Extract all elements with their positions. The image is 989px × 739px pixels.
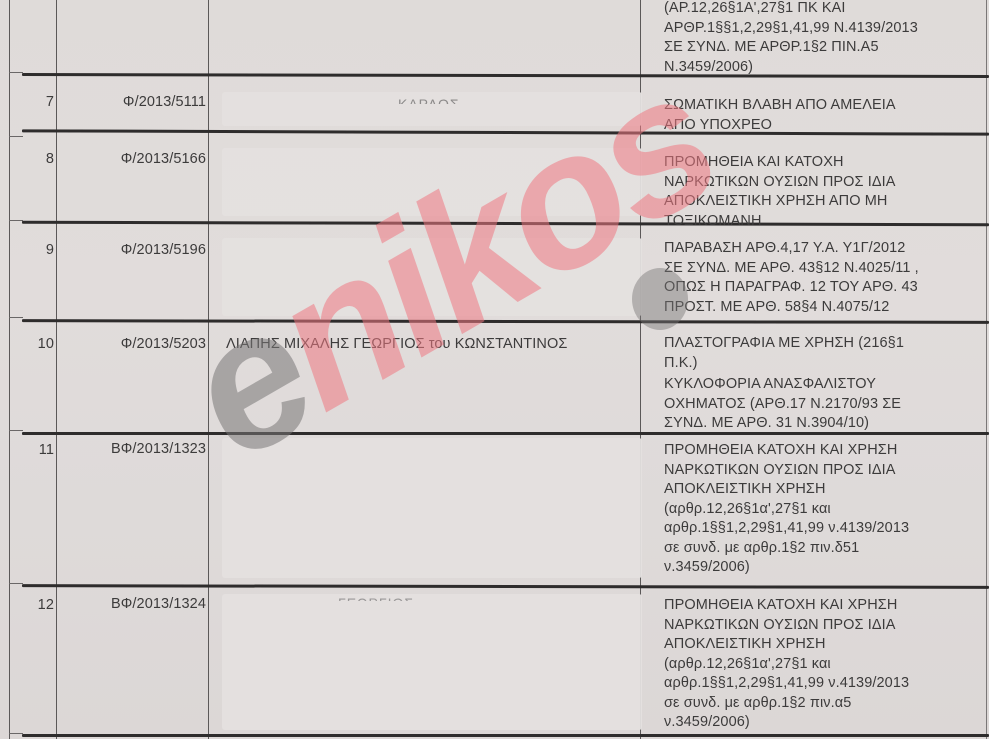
row-divider-thin	[9, 136, 23, 137]
row-divider-thin	[9, 583, 23, 584]
table-border-right	[986, 0, 987, 739]
case-reference: Φ/2013/5203	[60, 335, 206, 355]
row-divider-thin	[9, 317, 23, 318]
row-divider-thin	[9, 220, 23, 221]
column-divider-reference	[208, 0, 209, 739]
redacted-name	[222, 438, 642, 578]
offense-description-secondary: ΚΥΚΛΟΦΟΡΙΑ ΑΝΑΣΦΑΛΙΣΤΟΥ ΟΧΗΜΑΤΟΣ (ΑΡΘ.17…	[664, 375, 984, 434]
offense-description: ΠΡΟΜΗΘΕΙΑ ΚΑΙ ΚΑΤΟΧΗ ΝΑΡΚΩΤΙΚΩΝ ΟΥΣΙΩΝ Π…	[664, 153, 984, 231]
case-reference: Φ/2013/5166	[60, 150, 206, 170]
document-page: (ΑΡ.12,26§1Α',27§1 ΠΚ ΚΑΙ ΑΡΘΡ.1§§1,2,29…	[0, 0, 989, 739]
row-divider-thin	[9, 733, 23, 734]
offense-description: ΠΑΡΑΒΑΣΗ ΑΡΘ.4,17 Υ.Α. Υ1Γ/2012 ΣΕ ΣΥΝΔ.…	[664, 239, 984, 317]
case-reference: ΒΦ/2013/1323	[60, 440, 206, 460]
offense-description: ΠΡΟΜΗΘΕΙΑ ΚΑΤΟΧΗ ΚΑΙ ΧΡΗΣΗ ΝΑΡΚΩΤΙΚΩΝ ΟΥ…	[664, 441, 986, 578]
row-number: 10	[9, 335, 54, 355]
row-number: 7	[9, 93, 54, 113]
row-number: 12	[9, 596, 54, 616]
row-6-description: (ΑΡ.12,26§1Α',27§1 ΠΚ ΚΑΙ ΑΡΘΡ.1§§1,2,29…	[664, 0, 984, 77]
redacted-name	[222, 594, 642, 730]
row-divider	[22, 319, 989, 324]
row-number: 11	[9, 441, 54, 461]
redacted-name	[222, 148, 642, 216]
case-reference: ΒΦ/2013/1324	[60, 595, 206, 615]
offense-description: ΠΡΟΜΗΘΕΙΑ ΚΑΤΟΧΗ ΚΑΙ ΧΡΗΣΗ ΝΑΡΚΩΤΙΚΩΝ ΟΥ…	[664, 596, 986, 733]
case-reference: Φ/2013/5196	[60, 241, 206, 261]
row-number: 9	[9, 241, 54, 261]
redacted-name	[222, 238, 642, 316]
offense-description: ΠΛΑΣΤΟΓΡΑΦΙΑ ΜΕ ΧΡΗΣΗ (216§1 Π.Κ.)	[664, 334, 984, 373]
row-divider	[22, 734, 989, 737]
column-divider-number	[56, 0, 57, 739]
row-divider-thin	[9, 72, 23, 73]
row-number: 8	[9, 150, 54, 170]
name-fragment: ΚΑΡΛΟΣ	[398, 96, 458, 104]
row-divider	[22, 584, 989, 589]
row-divider-thin	[9, 430, 23, 431]
person-name: ΛΙΑΠΗΣ ΜΙΧΑΛΗΣ ΓΕΩΡΓΙΟΣ του ΚΩΝΣΤΑΝΤΙΝΟΣ	[226, 335, 636, 355]
case-reference: Φ/2013/5111	[60, 93, 206, 113]
name-fragment: ΓΕΩΡΓΙΟΣ	[338, 595, 418, 601]
offense-description: ΣΩΜΑΤΙΚΗ ΒΛΑΒΗ ΑΠΟ ΑΜΕΛΕΙΑ ΑΠΟ ΥΠΟΧΡΕΟ	[664, 96, 984, 135]
